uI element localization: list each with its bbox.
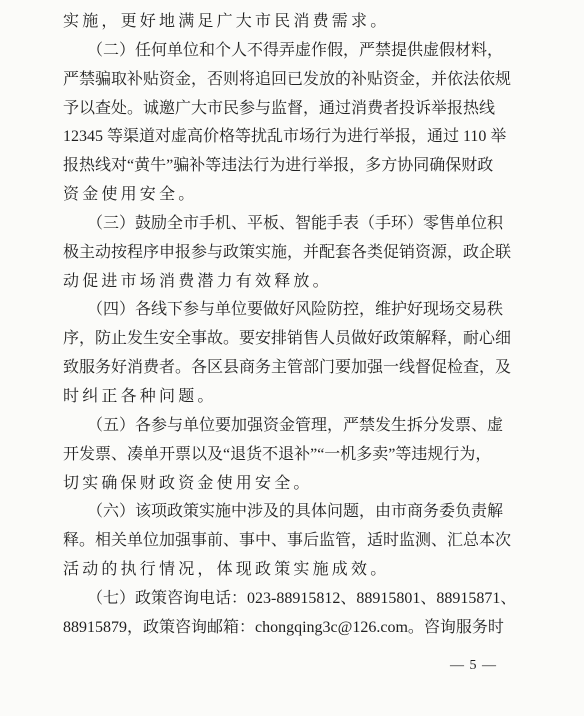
text-line: （七）政策咨询电话：023-88915812、88915801、88915871… [63,585,521,614]
text-line: 报热线对“黄牛”骗补等违法行为进行举报，多方协同确保财政 [63,152,521,181]
text-line: 序，防止发生安全事故。要安排销售人员做好政策解释，耐心细 [63,325,521,354]
text-line: 开发票、凑单开票以及“退货不退补”“一机多卖”等违规行为， [63,441,521,470]
text-line: 予以查处。诚邀广大市民参与监督，通过消费者投诉举报热线 [63,95,521,124]
text-line: 动促进市场消费潜力有效释放。 [63,268,521,297]
text-line: 切实确保财政资金使用安全。 [63,470,521,499]
text-line: （二）任何单位和个人不得弄虚作假，严禁提供虚假材料， [63,37,521,66]
text-line: 实施，更好地满足广大市民消费需求。 [63,8,521,37]
page-number: — 5 — [450,656,530,676]
text-line: 12345 等渠道对虚高价格等扰乱市场行为进行举报，通过 110 举 [63,123,521,152]
text-line: （三）鼓励全市手机、平板、智能手表（手环）零售单位积 [63,210,521,239]
text-line: 资金使用安全。 [63,181,521,210]
text-line: 极主动按程序申报参与政策实施，并配套各类促销资源，政企联 [63,239,521,268]
text-line: 活动的执行情况，体现政策实施成效。 [63,556,521,585]
text-line: 释。相关单位加强事前、事中、事后监管，适时监测、汇总本次 [63,527,521,556]
text-line: （四）各线下参与单位要做好风险防控，维护好现场交易秩 [63,296,521,325]
text-line: （六）该项政策实施中涉及的具体问题，由市商务委负责解 [63,498,521,527]
text-line: 致服务好消费者。各区县商务主管部门要加强一线督促检查，及 [63,354,521,383]
document-body: 实施，更好地满足广大市民消费需求。 （二）任何单位和个人不得弄虚作假，严禁提供虚… [63,8,521,643]
text-line: 88915879，政策咨询邮箱：chongqing3c@126.com。咨询服务… [63,614,521,643]
text-line: 严禁骗取补贴资金，否则将追回已发放的补贴资金，并依法依规 [63,66,521,95]
text-line: （五）各参与单位要加强资金管理，严禁发生拆分发票、虚 [63,412,521,441]
document-page: 实施，更好地满足广大市民消费需求。 （二）任何单位和个人不得弄虚作假，严禁提供虚… [0,0,584,716]
text-line: 时纠正各种问题。 [63,383,521,412]
